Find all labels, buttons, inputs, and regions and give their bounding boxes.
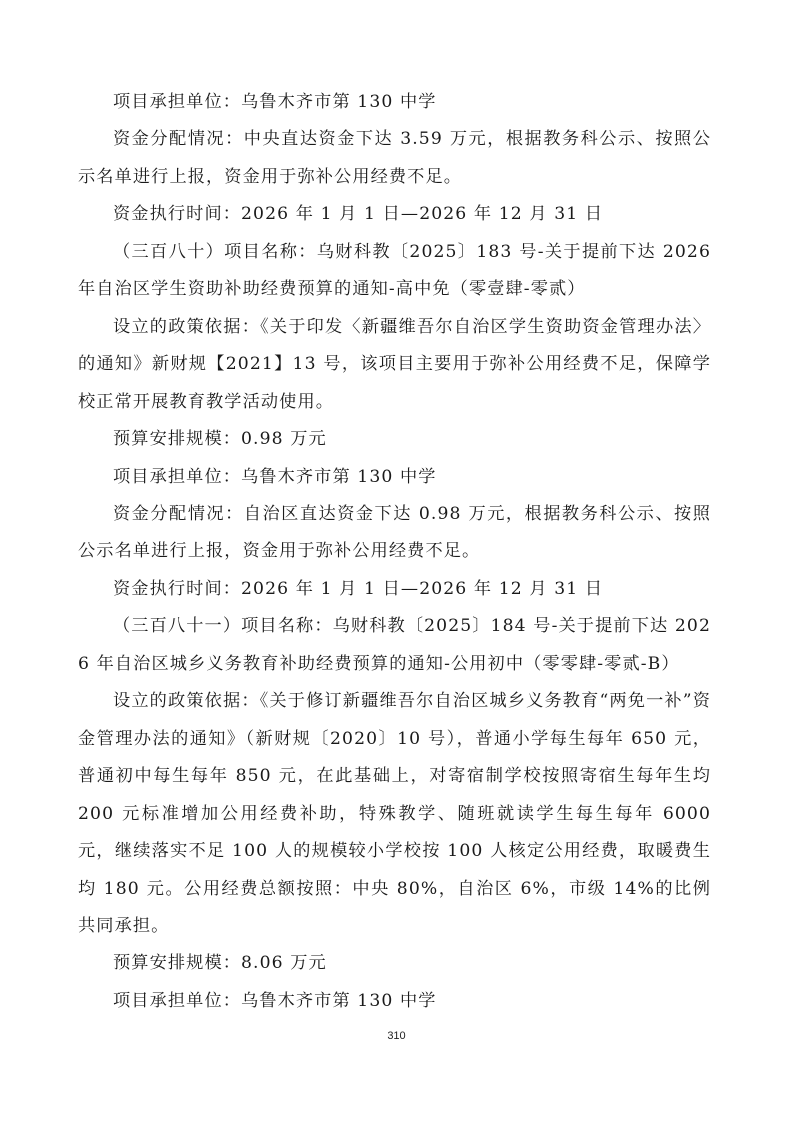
paragraph-budget-scale: 预算安排规模：0.98 万元 bbox=[78, 421, 711, 458]
page-number: 310 bbox=[0, 1030, 793, 1042]
paragraph-policy-basis: 设立的政策依据：《关于印发〈新疆维吾尔自治区学生资助资金管理办法〉的通知》新财规… bbox=[78, 309, 711, 421]
paragraph-fund-allocation: 资金分配情况：自治区直达资金下达 0.98 万元，根据教务科公示、按照公示名单进… bbox=[78, 496, 711, 571]
document-page: 项目承担单位：乌鲁木齐市第 130 中学 资金分配情况：中央直达资金下达 3.5… bbox=[78, 84, 711, 1020]
paragraph-undertaking-unit: 项目承担单位：乌鲁木齐市第 130 中学 bbox=[78, 983, 711, 1020]
paragraph-project-380-title: （三百八十）项目名称：乌财科教〔2025〕183 号-关于提前下达 2026 年… bbox=[78, 234, 711, 309]
paragraph-budget-scale: 预算安排规模：8.06 万元 bbox=[78, 945, 711, 982]
paragraph-fund-allocation: 资金分配情况：中央直达资金下达 3.59 万元，根据教务科公示、按照公示名单进行… bbox=[78, 121, 711, 196]
paragraph-project-381-title: （三百八十一）项目名称：乌财科教〔2025〕184 号-关于提前下达 2026 … bbox=[78, 608, 711, 683]
paragraph-undertaking-unit: 项目承担单位：乌鲁木齐市第 130 中学 bbox=[78, 459, 711, 496]
paragraph-undertaking-unit: 项目承担单位：乌鲁木齐市第 130 中学 bbox=[78, 84, 711, 121]
paragraph-execution-time: 资金执行时间：2026 年 1 月 1 日—2026 年 12 月 31 日 bbox=[78, 196, 711, 233]
paragraph-policy-basis: 设立的政策依据：《关于修订新疆维吾尔自治区城乡义务教育“两免一补”资金管理办法的… bbox=[78, 683, 711, 945]
paragraph-execution-time: 资金执行时间：2026 年 1 月 1 日—2026 年 12 月 31 日 bbox=[78, 571, 711, 608]
